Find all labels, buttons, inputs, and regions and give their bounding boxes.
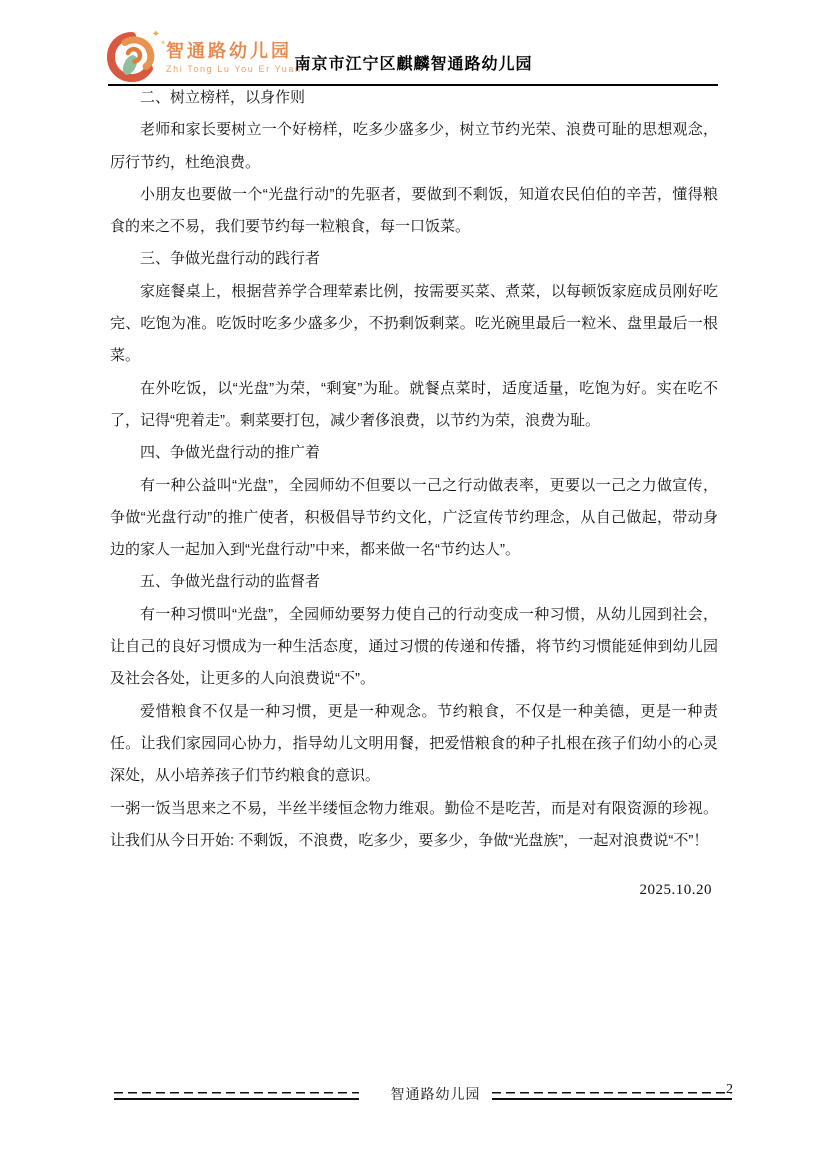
paragraph: 一粥一饭当思来之不易，半丝半缕恒念物力维艰。勤俭不是吃苦，而是对有限资源的珍视。… xyxy=(110,793,718,858)
document-header-title: 南京市江宁区麒麟智通路幼儿园 xyxy=(0,51,827,74)
paragraph: 有一种习惯叫“光盘”，全园师幼要努力使自己的行动变成一种习惯，从幼儿园到社会，让… xyxy=(110,599,718,696)
paragraph: 老师和家长要树立一个好榜样，吃多少盛多少，树立节约光荣、浪费可耻的思想观念，厉行… xyxy=(110,114,718,179)
document-body: 二、树立榜样，以身作则老师和家长要树立一个好榜样，吃多少盛多少，树立节约光荣、浪… xyxy=(110,82,718,906)
document-date: 2025.10.20 xyxy=(110,874,718,906)
footer-dash-right: 2 xyxy=(492,1089,732,1100)
section-heading: 三、争做光盘行动的践行者 xyxy=(110,243,718,275)
section-heading: 五、争做光盘行动的监督者 xyxy=(110,566,718,598)
footer-dash-left xyxy=(114,1089,359,1100)
document-page: ✦ ✦ 智通路幼儿园 Zhi Tong Lu You Er Yuan 南京市江宁… xyxy=(0,0,827,1170)
page-footer: 智通路幼儿园 2 xyxy=(114,1084,732,1104)
sparkle-icon: ✦ xyxy=(152,30,160,40)
section-heading: 二、树立榜样，以身作则 xyxy=(110,82,718,114)
paragraph: 有一种公益叫“光盘”，全园师幼不但要以一己之行动做表率，更要以一己之力做宣传，争… xyxy=(110,470,718,567)
paragraph-list: 二、树立榜样，以身作则老师和家长要树立一个好榜样，吃多少盛多少，树立节约光荣、浪… xyxy=(110,82,718,857)
paragraph: 爱惜粮食不仅是一种习惯，更是一种观念。节约粮食，不仅是一种美德，更是一种责任。让… xyxy=(110,696,718,793)
footer-school-name: 智通路幼儿园 xyxy=(391,1084,481,1104)
paragraph: 家庭餐桌上，根据营养学合理荤素比例，按需要买菜、煮菜，以每顿饭家庭成员刚好吃完、… xyxy=(110,276,718,373)
paragraph: 小朋友也要做一个“光盘行动”的先驱者，要做到不剩饭，知道农民伯伯的辛苦，懂得粮食… xyxy=(110,179,718,244)
paragraph: 在外吃饭，以“光盘”为荣，“剩宴”为耻。就餐点菜时，适度适量，吃饱为好。实在吃不… xyxy=(110,373,718,438)
sparkle-icon: ✦ xyxy=(160,40,166,47)
section-heading: 四、争做光盘行动的推广着 xyxy=(110,437,718,469)
page-number: 2 xyxy=(726,1083,733,1097)
